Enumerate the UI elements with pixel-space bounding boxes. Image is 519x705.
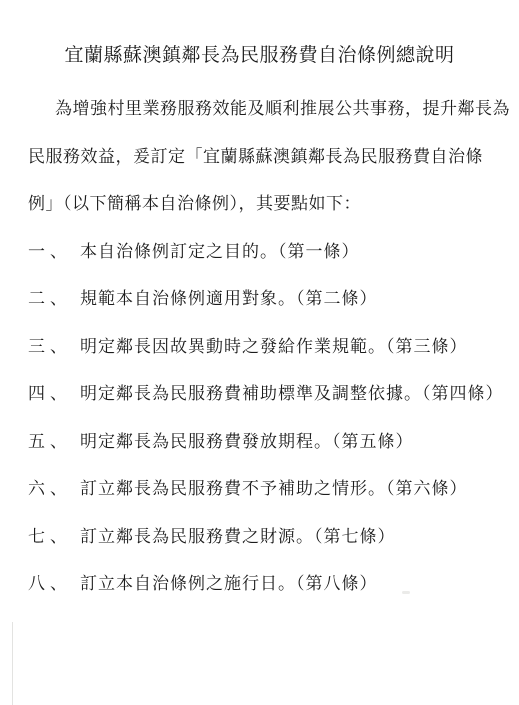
list-item: 二、規範本自治條例適用對象。（第二條） [0, 276, 519, 324]
item-text: 明定鄰長因故異動時之發給作業規範。（第三條） [80, 337, 468, 357]
item-text: 訂立鄰長為民服務費不予補助之情形。（第六條） [80, 479, 468, 499]
list-item: 五、明定鄰長為民服務費發放期程。（第五條） [0, 419, 519, 467]
intro-paragraph: 為增強村里業務服務效能及順利推展公共事務，提升鄰長為 民服務效益，爰訂定「宜蘭縣… [0, 86, 519, 229]
item-number: 七、 [28, 514, 80, 562]
list-item: 四、明定鄰長為民服務費補助標準及調整依據。（第四條） [0, 371, 519, 419]
item-number: 四、 [28, 371, 80, 419]
item-number: 五、 [28, 419, 80, 467]
list-item: 七、訂立鄰長為民服務費之財源。（第七條） [0, 514, 519, 562]
document-page: 宜蘭縣蘇澳鎮鄰長為民服務費自治條例總說明 為增強村里業務服務效能及順利推展公共事… [0, 0, 519, 705]
item-text: 規範本自治條例適用對象。（第二條） [80, 289, 378, 309]
list-item: 八、訂立本自治條例之施行日。（第八條） [0, 561, 519, 609]
list-item: 三、明定鄰長因故異動時之發給作業規範。（第三條） [0, 324, 519, 372]
item-number: 二、 [28, 276, 80, 324]
item-text: 明定鄰長為民服務費補助標準及調整依據。（第四條） [80, 384, 504, 404]
intro-line-1: 為增強村里業務服務效能及順利推展公共事務，提升鄰長為 [0, 86, 519, 134]
scan-artifact-line [12, 622, 13, 705]
intro-line-2: 民服務效益，爰訂定「宜蘭縣蘇澳鎮鄰長為民服務費自治條 [0, 134, 519, 182]
item-text: 明定鄰長為民服務費發放期程。（第五條） [80, 432, 414, 452]
item-text: 訂立本自治條例之施行日。（第八條） [80, 574, 378, 594]
scan-artifact-speck [402, 591, 410, 594]
list-item: 六、訂立鄰長為民服務費不予補助之情形。（第六條） [0, 466, 519, 514]
item-number: 三、 [28, 324, 80, 372]
item-number: 一、 [28, 229, 80, 277]
list-item: 一、本自治條例訂定之目的。（第一條） [0, 229, 519, 277]
document-title: 宜蘭縣蘇澳鎮鄰長為民服務費自治條例總說明 [0, 0, 519, 79]
item-text: 本自治條例訂定之目的。（第一條） [80, 242, 360, 262]
intro-line-3: 例」（以下簡稱本自治條例），其要點如下： [0, 181, 519, 229]
item-number: 八、 [28, 561, 80, 609]
summary-point-list: 一、本自治條例訂定之目的。（第一條） 二、規範本自治條例適用對象。（第二條） 三… [0, 229, 519, 609]
item-text: 訂立鄰長為民服務費之財源。（第七條） [80, 527, 396, 547]
item-number: 六、 [28, 466, 80, 514]
